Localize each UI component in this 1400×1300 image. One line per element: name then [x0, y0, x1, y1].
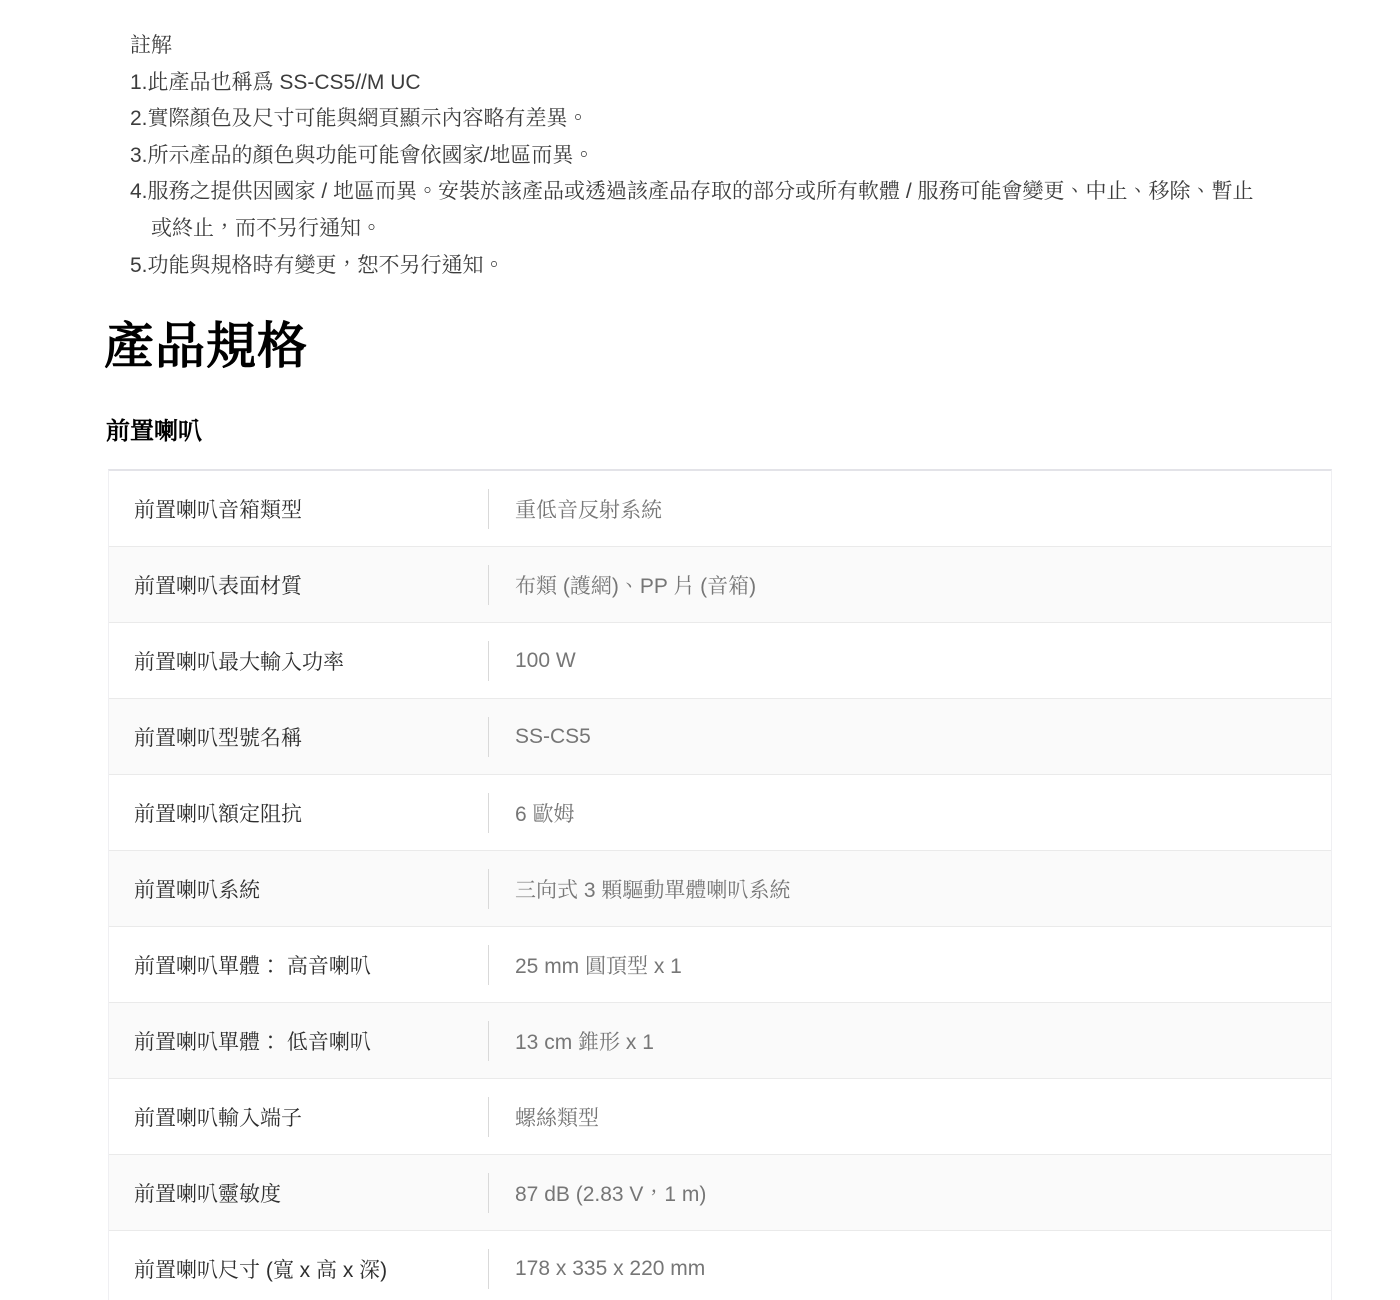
- spec-row: 前置喇叭單體： 低音喇叭 13 cm 錐形 x 1: [109, 1003, 1331, 1079]
- spec-row: 前置喇叭型號名稱 SS-CS5: [109, 699, 1331, 775]
- spec-label: 前置喇叭單體： 低音喇叭: [109, 1026, 488, 1056]
- spec-label: 前置喇叭型號名稱: [109, 722, 488, 752]
- spec-value: 三向式 3 顆驅動單體喇叭系統: [489, 874, 790, 904]
- spec-label: 前置喇叭音箱類型: [109, 494, 488, 524]
- notes-section: 註解 1.此產品也稱爲 SS-CS5//M UC2.實際顏色及尺寸可能與網頁顯示…: [0, 0, 1400, 284]
- spec-label: 前置喇叭輸入端子: [109, 1102, 488, 1132]
- spec-label: 前置喇叭靈敏度: [109, 1178, 488, 1208]
- spec-value: SS-CS5: [489, 725, 591, 749]
- spec-value: 重低音反射系統: [489, 494, 662, 524]
- note-line: 3.所示產品的顏色與功能可能會依國家/地區而異。: [130, 138, 1340, 175]
- spec-row: 前置喇叭輸入端子 螺絲類型: [109, 1079, 1331, 1155]
- spec-row: 前置喇叭系統 三向式 3 顆驅動單體喇叭系統: [109, 851, 1331, 927]
- spec-value: 布類 (護網)、PP 片 (音箱): [489, 570, 756, 600]
- spec-value: 100 W: [489, 649, 576, 673]
- spec-row: 前置喇叭靈敏度 87 dB (2.83 V，1 m): [109, 1155, 1331, 1231]
- spec-label: 前置喇叭系統: [109, 874, 488, 904]
- spec-row: 前置喇叭最大輸入功率 100 W: [109, 623, 1331, 699]
- spec-table: 前置喇叭音箱類型 重低音反射系統 前置喇叭表面材質 布類 (護網)、PP 片 (…: [108, 469, 1332, 1300]
- spec-label: 前置喇叭表面材質: [109, 570, 488, 600]
- spec-value: 6 歐姆: [489, 798, 575, 828]
- note-line: 5.功能與規格時有變更，恕不另行通知。: [130, 248, 1340, 285]
- product-spec-page: 註解 1.此產品也稱爲 SS-CS5//M UC2.實際顏色及尺寸可能與網頁顯示…: [0, 0, 1400, 1300]
- spec-row: 前置喇叭單體： 高音喇叭 25 mm 圓頂型 x 1: [109, 927, 1331, 1003]
- spec-row: 前置喇叭音箱類型 重低音反射系統: [109, 471, 1331, 547]
- spec-value: 13 cm 錐形 x 1: [489, 1026, 654, 1056]
- section-title-front-speaker: 前置喇叭: [106, 418, 1400, 446]
- spec-label: 前置喇叭最大輸入功率: [109, 646, 488, 676]
- notes-title: 註解: [130, 28, 1340, 65]
- note-line: 4.服務之提供因國家 / 地區而異。安裝於該產品或透過該產品存取的部分或所有軟體…: [130, 174, 1340, 211]
- note-line: 2.實際顏色及尺寸可能與網頁顯示內容略有差異。: [130, 101, 1340, 138]
- spec-row: 前置喇叭額定阻抗 6 歐姆: [109, 775, 1331, 851]
- spec-row: 前置喇叭尺寸 (寬 x 高 x 深) 178 x 335 x 220 mm: [109, 1231, 1331, 1300]
- spec-value: 87 dB (2.83 V，1 m): [489, 1178, 706, 1208]
- note-line: 1.此產品也稱爲 SS-CS5//M UC: [130, 65, 1340, 102]
- spec-value: 螺絲類型: [489, 1102, 599, 1132]
- spec-value: 178 x 335 x 220 mm: [489, 1257, 705, 1281]
- spec-value: 25 mm 圓頂型 x 1: [489, 950, 682, 980]
- note-line: 或終止，而不另行通知。: [130, 211, 1340, 248]
- spec-label: 前置喇叭額定阻抗: [109, 798, 488, 828]
- spec-label: 前置喇叭尺寸 (寬 x 高 x 深): [109, 1254, 488, 1284]
- spec-label: 前置喇叭單體： 高音喇叭: [109, 950, 488, 980]
- spec-row: 前置喇叭表面材質 布類 (護網)、PP 片 (音箱): [109, 547, 1331, 623]
- page-title: 產品規格: [104, 318, 1400, 374]
- notes-list: 1.此產品也稱爲 SS-CS5//M UC2.實際顏色及尺寸可能與網頁顯示內容略…: [130, 65, 1340, 285]
